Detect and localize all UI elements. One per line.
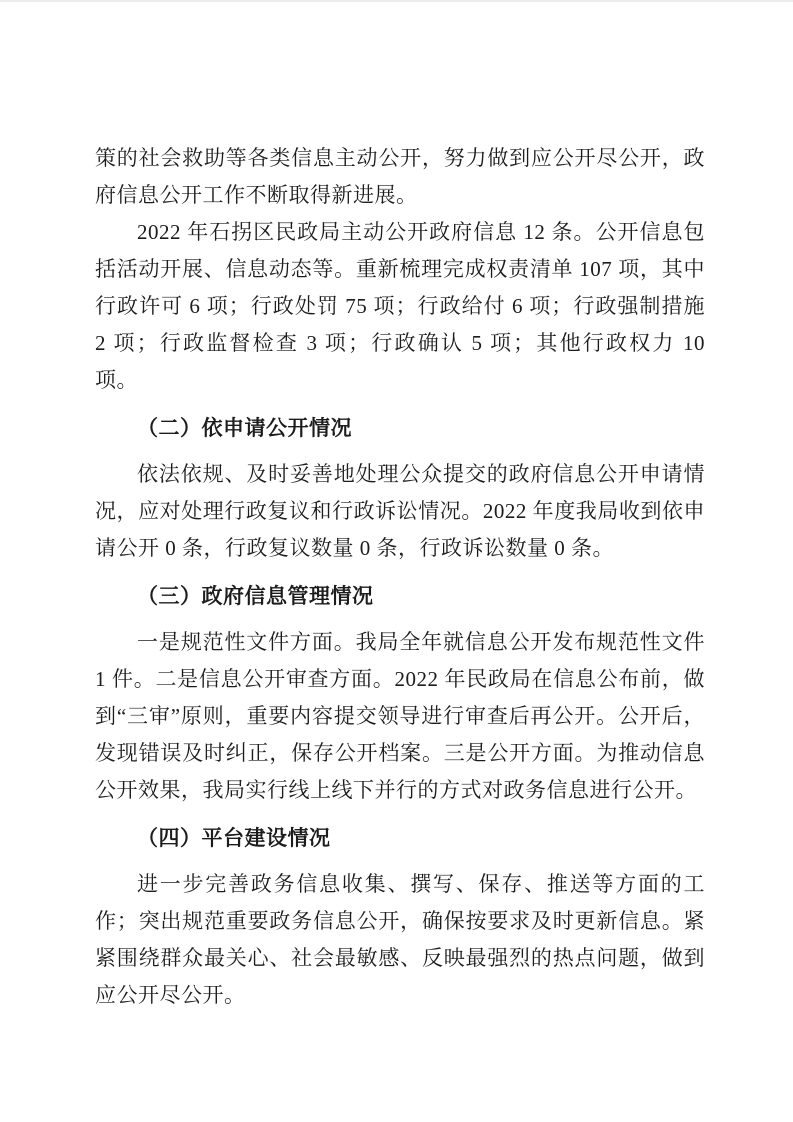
- paragraph-information-management: 一是规范性文件方面。我局全年就信息公开发布规范性文件 1 件。二是信息公开审查方…: [95, 624, 705, 809]
- paragraph-continuation: 策的社会救助等各类信息主动公开，努力做到应公开尽公开，政府信息公开工作不断取得新…: [95, 140, 705, 214]
- section-heading-4: （四）平台建设情况: [95, 820, 705, 857]
- paragraph-proactive-disclosure: 2022 年石拐区民政局主动公开政府信息 12 条。公开信息包括活动开展、信息动…: [95, 214, 705, 399]
- document-page: { "page": { "background": "#ffffff", "te…: [0, 0, 793, 1122]
- paragraph-platform-construction: 进一步完善政务信息收集、撰写、保存、推送等方面的工作；突出规范重要政务信息公开，…: [95, 866, 705, 1014]
- section-heading-2: （二）依申请公开情况: [95, 410, 705, 447]
- section-heading-3: （三）政府信息管理情况: [95, 578, 705, 615]
- paragraph-on-request-disclosure: 依法依规、及时妥善地处理公众提交的政府信息公开申请情况，应对处理行政复议和行政诉…: [95, 456, 705, 567]
- document-body: 策的社会救助等各类信息主动公开，努力做到应公开尽公开，政府信息公开工作不断取得新…: [95, 140, 705, 1014]
